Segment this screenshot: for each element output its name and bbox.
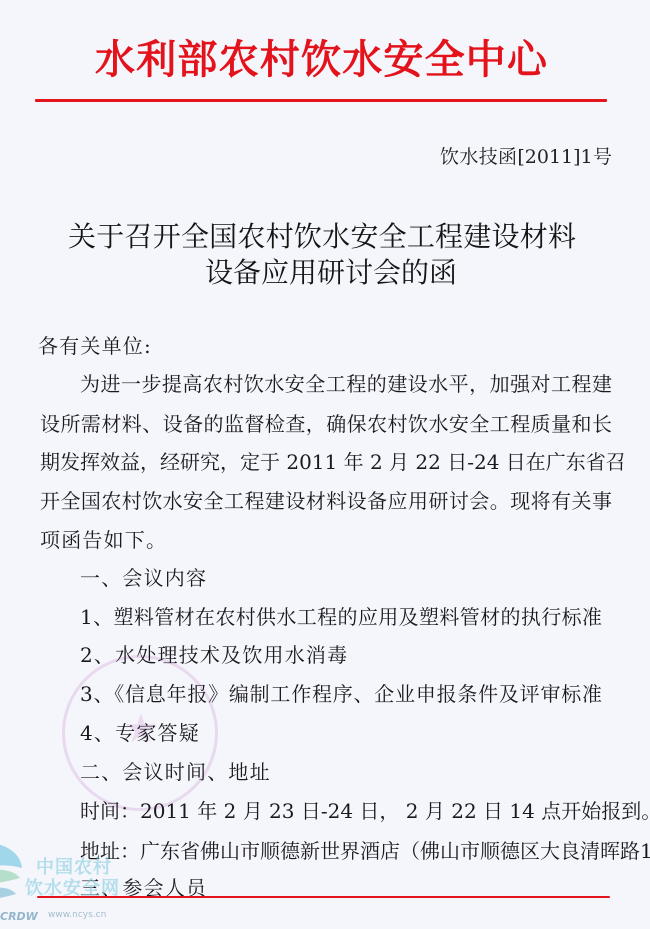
letterhead-org-name: 水利部农村饮水安全中心 <box>95 36 547 84</box>
body-line-1: 为进一步提高农村饮水安全工程的建设水平，加强对工程建 <box>80 372 612 396</box>
list-item: 1、塑料管材在农村供水工程的应用及塑料管材的执行标准 <box>80 605 602 629</box>
section-heading-meeting-content: 一、会议内容 <box>80 566 207 590</box>
body-line-3: 期发挥效益，经研究，定于 2011 年 2 月 22 日-24 日在广东省召 <box>40 450 612 474</box>
list-item: 3、《信息年报》编制工作程序、企业申报条件及评审标准 <box>80 682 602 706</box>
list-item: 4、专家答疑 <box>80 721 200 745</box>
site-logo-icon <box>0 838 24 902</box>
footer-red-rule <box>37 896 610 898</box>
watermark-url: www.ncys.cn <box>48 910 106 920</box>
body-line-5: 项函告如下。 <box>40 528 167 552</box>
meeting-time: 时间：2011 年 2 月 23 日-24 日， 2 月 22 日 14 点开始… <box>80 799 612 823</box>
list-item: 2、水处理技术及饮用水消毒 <box>80 643 348 667</box>
salutation: 各有关单位: <box>38 334 152 358</box>
document-title-line-2: 设备应用研讨会的函 <box>205 256 453 290</box>
letterhead-red-rule <box>35 99 607 102</box>
body-line-2: 设所需材料、设备的监督检查，确保农村饮水安全工程质量和长 <box>40 412 612 436</box>
watermark-text-line-2: 饮水安全网 <box>25 874 120 900</box>
body-line-4: 开全国农村饮水安全工程建设材料设备应用研讨会。现将有关事 <box>40 489 612 513</box>
meeting-address: 地址：广东省佛山市顺德新世界酒店（佛山市顺德区大良清晖路150号） <box>80 839 620 863</box>
section-heading-time-address: 二、会议时间、地址 <box>80 760 271 784</box>
document-title-line-1: 关于召开全国农村饮水安全工程建设材料 <box>68 220 576 254</box>
watermark-brand: CRDW <box>0 910 38 923</box>
document-number: 饮水技函[2011]1号 <box>440 144 612 170</box>
